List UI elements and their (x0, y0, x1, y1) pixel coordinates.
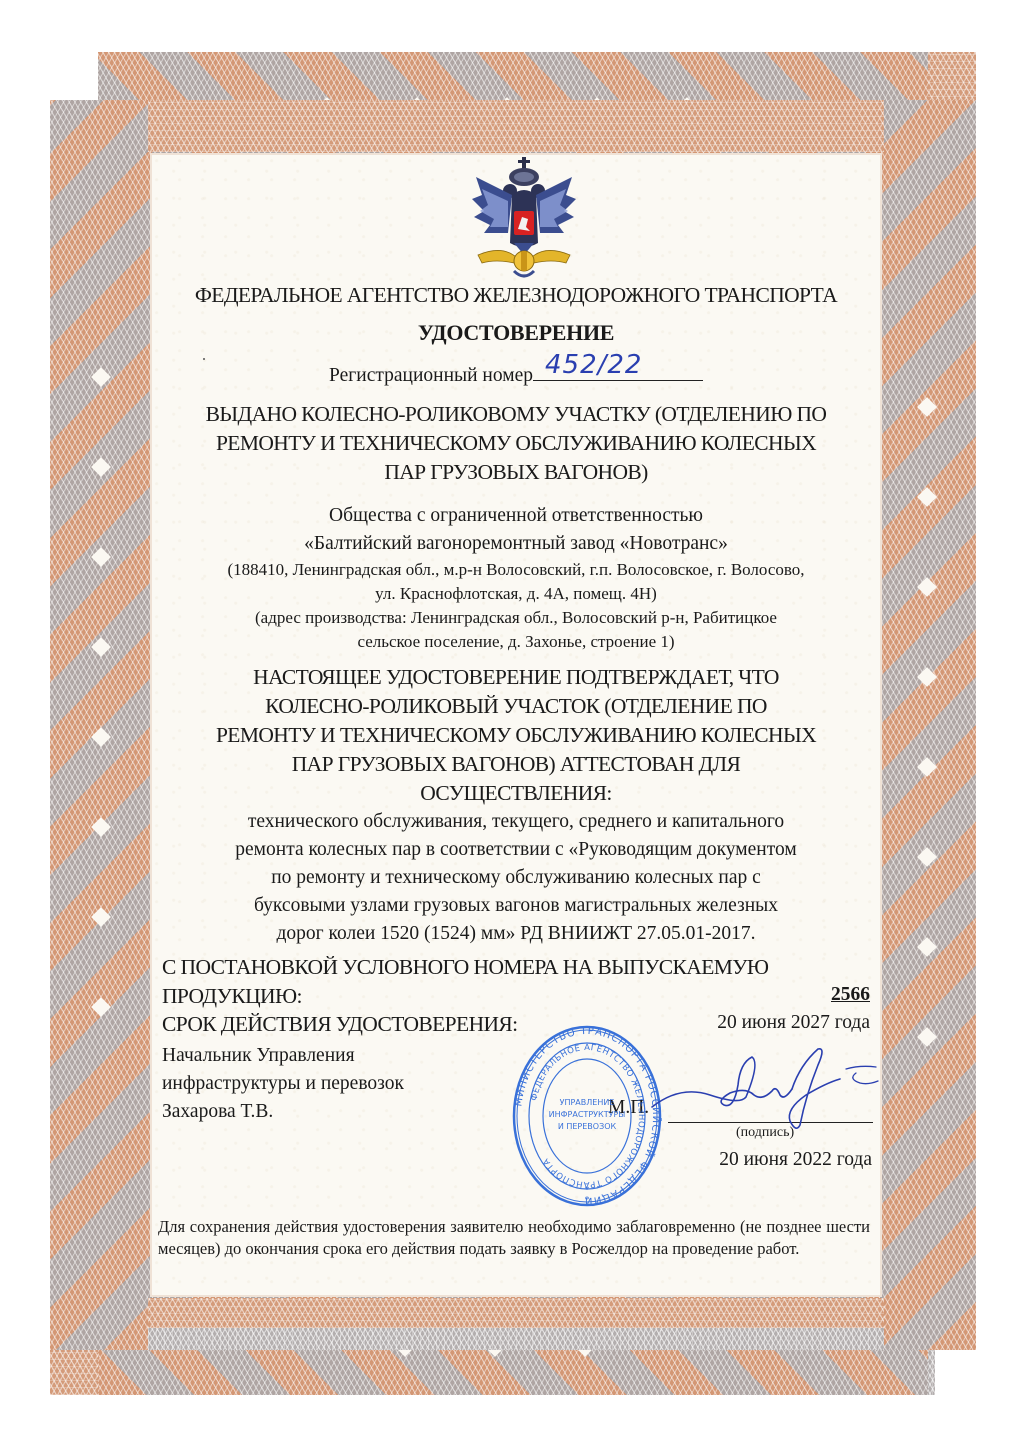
registration-number: 452/22 (545, 350, 642, 380)
border-inner-bottom-rail (148, 1298, 884, 1328)
round-seal-stamp-icon: МИНИСТЕРСТВО ТРАНСПОРТА РОССИЙСКОЙ ФЕДЕР… (512, 1025, 662, 1207)
roszheldor-emblem-icon (468, 155, 580, 283)
registration-number-row: Регистрационный номер452/22 (152, 358, 880, 387)
border-inner-top-rail (148, 100, 884, 152)
document-title: УДОСТОВЕРЕНИЕ (152, 320, 880, 346)
svg-text:УПРАВЛЕНИЕ: УПРАВЛЕНИЕ (560, 1098, 615, 1107)
renewal-note: Для сохранения действия удостоверения за… (158, 1216, 870, 1260)
production-address-line: (адрес производства: Ленинградская обл.,… (152, 606, 880, 630)
issued-to-block: ВЫДАНО КОЛЕСНО-РОЛИКОВОМУ УЧАСТКУ (ОТДЕЛ… (152, 400, 880, 487)
scope-line: технического обслуживания, текущего, сре… (152, 808, 880, 836)
signed-date: 20 июня 2022 года (719, 1149, 872, 1171)
scope-block: технического обслуживания, текущего, сре… (152, 808, 880, 948)
border-inner-bottom-rail-2 (148, 1328, 884, 1350)
signer-position: инфраструктуры и перевозок (162, 1070, 404, 1098)
scope-line: дорог колеи 1520 (1524) мм» РД ВНИИЖТ 27… (152, 920, 880, 948)
issued-to-line: РЕМОНТУ И ТЕХНИЧЕСКОМУ ОБСЛУЖИВАНИЮ КОЛЕ… (152, 429, 880, 458)
registration-label: Регистрационный номер (329, 365, 533, 386)
confirmation-line: ПАР ГРУЗОВЫХ ВАГОНОВ) АТТЕСТОВАН ДЛЯ (152, 750, 880, 779)
organization-block: Общества с ограниченной ответственностью… (152, 502, 880, 654)
svg-text:*: * (585, 1195, 590, 1206)
signer-position: Начальник Управления (162, 1042, 404, 1070)
organization-name: «Балтийский вагоноремонтный завод «Новот… (152, 530, 880, 558)
agency-name: ФЕДЕРАЛЬНОЕ АГЕНТСТВО ЖЕЛЕЗНОДОРОЖНОГО Т… (152, 283, 880, 308)
handwritten-signature-icon (650, 1045, 880, 1135)
confirmation-line: ОСУЩЕСТВЛЕНИЯ: (152, 779, 880, 808)
signer-block: Начальник Управления инфраструктуры и пе… (162, 1042, 404, 1126)
paper-speck (203, 358, 205, 360)
registration-number-field: 452/22 (533, 358, 703, 381)
conditional-number: 2566 (831, 984, 870, 1006)
issued-to-line: ВЫДАНО КОЛЕСНО-РОЛИКОВОМУ УЧАСТКУ (ОТДЕЛ… (152, 400, 880, 429)
organization-type: Общества с ограниченной ответственностью (152, 502, 880, 530)
validity-label: СРОК ДЕЙСТВИЯ УДОСТОВЕРЕНИЯ: (162, 1012, 518, 1036)
conditional-number-label: С ПОСТАНОВКОЙ УСЛОВНОГО НОМЕРА НА ВЫПУСК… (162, 955, 870, 980)
production-address-line: сельское поселение, д. Захонье, строение… (152, 630, 880, 654)
legal-address-line: ул. Краснофлотская, д. 4А, помещ. 4Н) (152, 582, 880, 606)
confirmation-block: НАСТОЯЩЕЕ УДОСТОВЕРЕНИЕ ПОДТВЕРЖДАЕТ, ЧТ… (152, 663, 880, 808)
legal-address-line: (188410, Ленинградская обл., м.р-н Волос… (152, 558, 880, 582)
conditional-number-row: ПРОДУКЦИЮ: 2566 (162, 984, 870, 1009)
scope-line: по ремонту и техническому обслуживанию к… (152, 864, 880, 892)
scope-line: ремонта колесных пар в соответствии с «Р… (152, 836, 880, 864)
scope-line: буксовыми узлами грузовых вагонов магист… (152, 892, 880, 920)
issued-to-line: ПАР ГРУЗОВЫХ ВАГОНОВ) (152, 458, 880, 487)
confirmation-line: РЕМОНТУ И ТЕХНИЧЕСКОМУ ОБСЛУЖИВАНИЮ КОЛЕ… (152, 721, 880, 750)
conditional-number-label-2: ПРОДУКЦИЮ: (162, 984, 302, 1008)
svg-text:ИНФРАСТРУКТУРЫ: ИНФРАСТРУКТУРЫ (549, 1110, 626, 1119)
confirmation-line: КОЛЕСНО-РОЛИКОВЫЙ УЧАСТОК (ОТДЕЛЕНИЕ ПО (152, 692, 880, 721)
signer-name: Захарова Т.В. (162, 1098, 404, 1126)
border-right-band (880, 100, 976, 1350)
confirmation-line: НАСТОЯЩЕЕ УДОСТОВЕРЕНИЕ ПОДТВЕРЖДАЕТ, ЧТ… (152, 663, 880, 692)
validity-date: 20 июня 2027 года (717, 1012, 870, 1034)
svg-text:И ПЕРЕВОЗОК: И ПЕРЕВОЗОК (558, 1122, 617, 1131)
